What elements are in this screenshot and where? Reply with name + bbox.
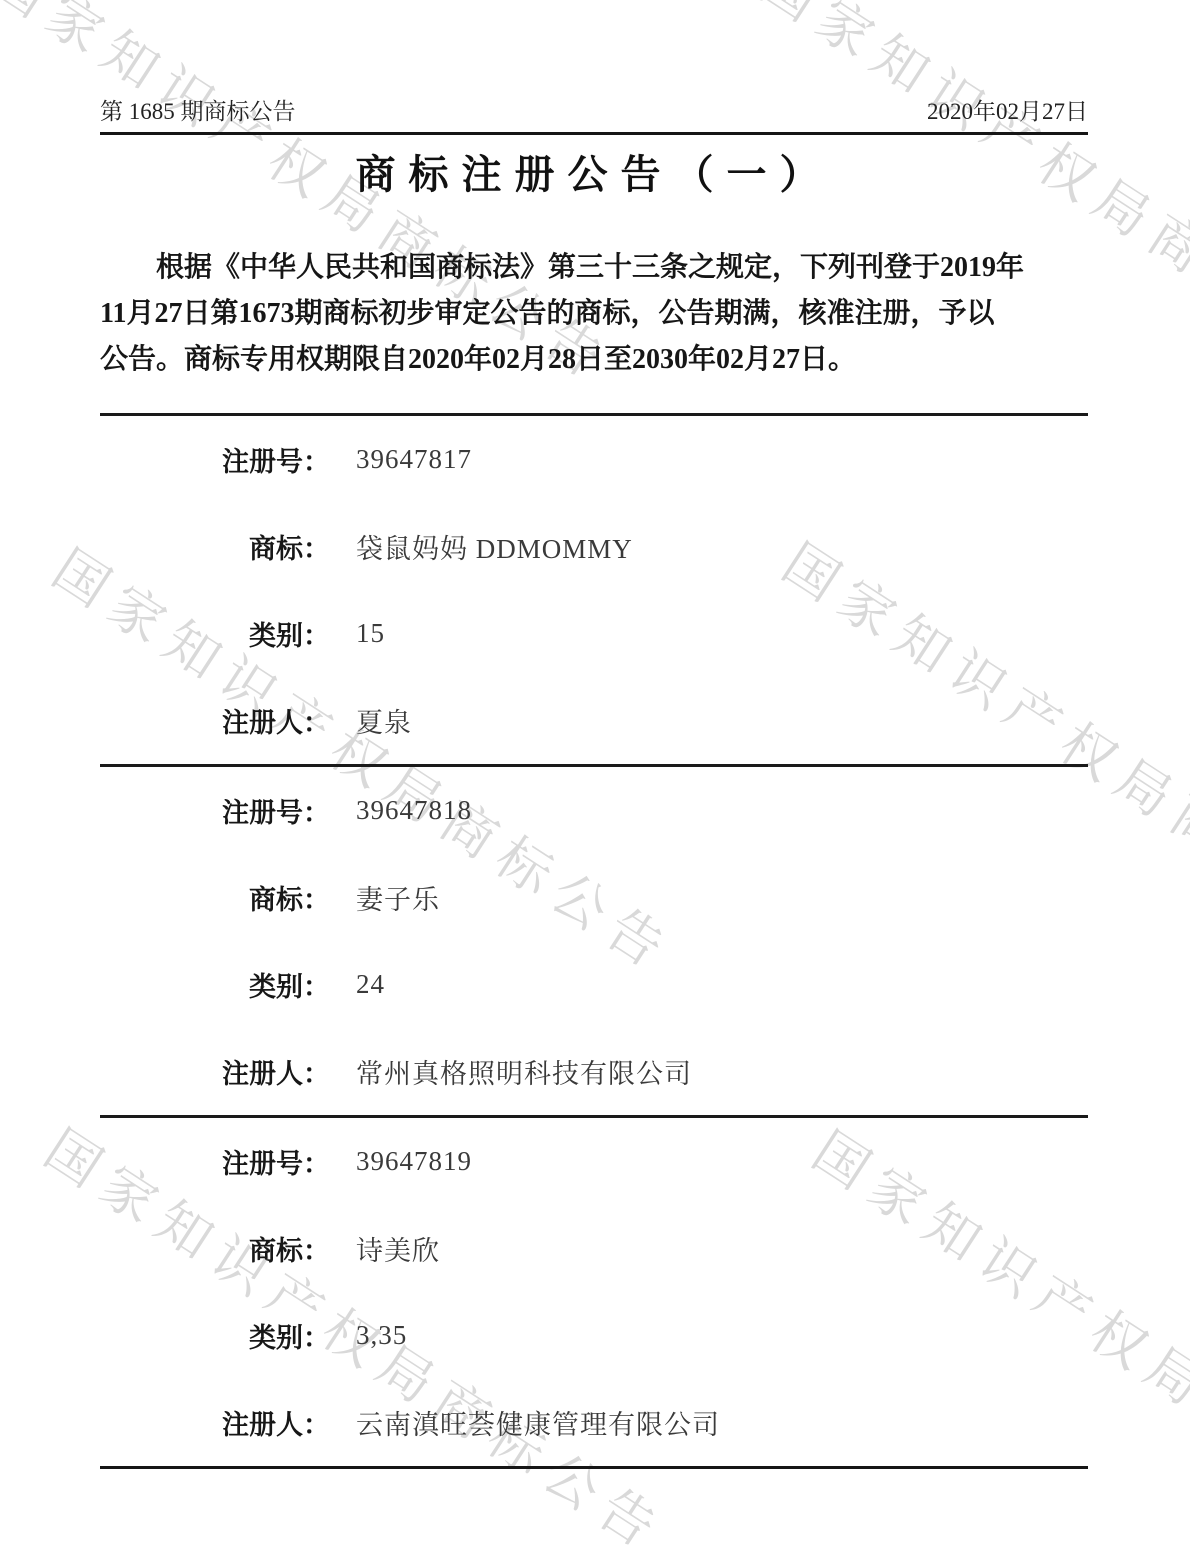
record-field-row: 注册号： 39647819	[100, 1118, 1088, 1205]
record-field-row: 注册人： 夏泉	[100, 677, 1088, 764]
record-field-row: 类别： 3,35	[100, 1292, 1088, 1379]
bottom-rule	[100, 1466, 1088, 1469]
record-field-row: 商标： 袋鼠妈妈 DDMOMMY	[100, 503, 1088, 590]
field-label-trademark: 商标：	[100, 527, 330, 566]
document-content: 第 1685 期商标公告 2020年02月27日 商标注册公告（一） 根据《中华…	[100, 0, 1088, 1469]
intro-paragraph: 根据《中华人民共和国商标法》第三十三条之规定，下列刊登于2019年 11月27日…	[100, 245, 1088, 383]
record-field-row: 注册人： 常州真格照明科技有限公司	[100, 1028, 1088, 1115]
record-field-row: 商标： 妻子乐	[100, 854, 1088, 941]
field-label-trademark: 商标：	[100, 1229, 330, 1268]
gazette-issue: 第 1685 期商标公告	[100, 96, 296, 127]
category-value: 3,35	[356, 1320, 407, 1351]
record-field-row: 类别： 15	[100, 590, 1088, 677]
registration-number-value: 39647818	[356, 795, 472, 826]
records-list: 注册号： 39647817 商标： 袋鼠妈妈 DDMOMMY 类别： 15 注册…	[100, 413, 1088, 1466]
field-label-registrant: 注册人：	[100, 701, 330, 740]
registrant-value: 云南滇旺荟健康管理有限公司	[356, 1403, 720, 1442]
record-field-row: 类别： 24	[100, 941, 1088, 1028]
trademark-record: 注册号： 39647817 商标： 袋鼠妈妈 DDMOMMY 类别： 15 注册…	[100, 413, 1088, 764]
field-label-registrant: 注册人：	[100, 1403, 330, 1442]
record-field-row: 注册号： 39647818	[100, 767, 1088, 854]
field-label-registration-number: 注册号：	[100, 1142, 330, 1181]
trademark-record: 注册号： 39647819 商标： 诗美欣 类别： 3,35 注册人： 云南滇旺…	[100, 1115, 1088, 1466]
field-label-category: 类别：	[100, 1316, 330, 1355]
field-label-registration-number: 注册号：	[100, 791, 330, 830]
registration-number-value: 39647819	[356, 1146, 472, 1177]
document-page: 国家知识产权局商标公告 国家知识产权局商标公告 国家知识产权局商标公告 国家知识…	[0, 0, 1190, 1564]
field-label-category: 类别：	[100, 965, 330, 1004]
category-value: 24	[356, 969, 385, 1000]
trademark-value: 袋鼠妈妈 DDMOMMY	[356, 527, 633, 566]
field-label-registration-number: 注册号：	[100, 440, 330, 479]
intro-line: 根据《中华人民共和国商标法》第三十三条之规定，下列刊登于2019年	[100, 245, 1088, 291]
record-field-row: 商标： 诗美欣	[100, 1205, 1088, 1292]
intro-line: 公告。商标专用权期限自2020年02月28日至2030年02月27日。	[100, 337, 1088, 383]
document-header: 第 1685 期商标公告 2020年02月27日	[100, 96, 1088, 127]
registrant-value: 夏泉	[356, 701, 412, 740]
field-label-registrant: 注册人：	[100, 1052, 330, 1091]
trademark-record: 注册号： 39647818 商标： 妻子乐 类别： 24 注册人： 常州真格照明…	[100, 764, 1088, 1115]
intro-line: 11月27日第1673期商标初步审定公告的商标，公告期满，核准注册，予以	[100, 291, 1088, 337]
record-field-row: 注册号： 39647817	[100, 416, 1088, 503]
field-label-category: 类别：	[100, 614, 330, 653]
record-field-row: 注册人： 云南滇旺荟健康管理有限公司	[100, 1379, 1088, 1466]
registration-number-value: 39647817	[356, 444, 472, 475]
category-value: 15	[356, 618, 385, 649]
registrant-value: 常州真格照明科技有限公司	[356, 1052, 692, 1091]
page-title: 商标注册公告（一）	[100, 149, 1088, 201]
gazette-date: 2020年02月27日	[927, 96, 1088, 127]
header-rule	[100, 132, 1088, 135]
field-label-trademark: 商标：	[100, 878, 330, 917]
trademark-value: 妻子乐	[356, 878, 440, 917]
trademark-value: 诗美欣	[356, 1229, 440, 1268]
